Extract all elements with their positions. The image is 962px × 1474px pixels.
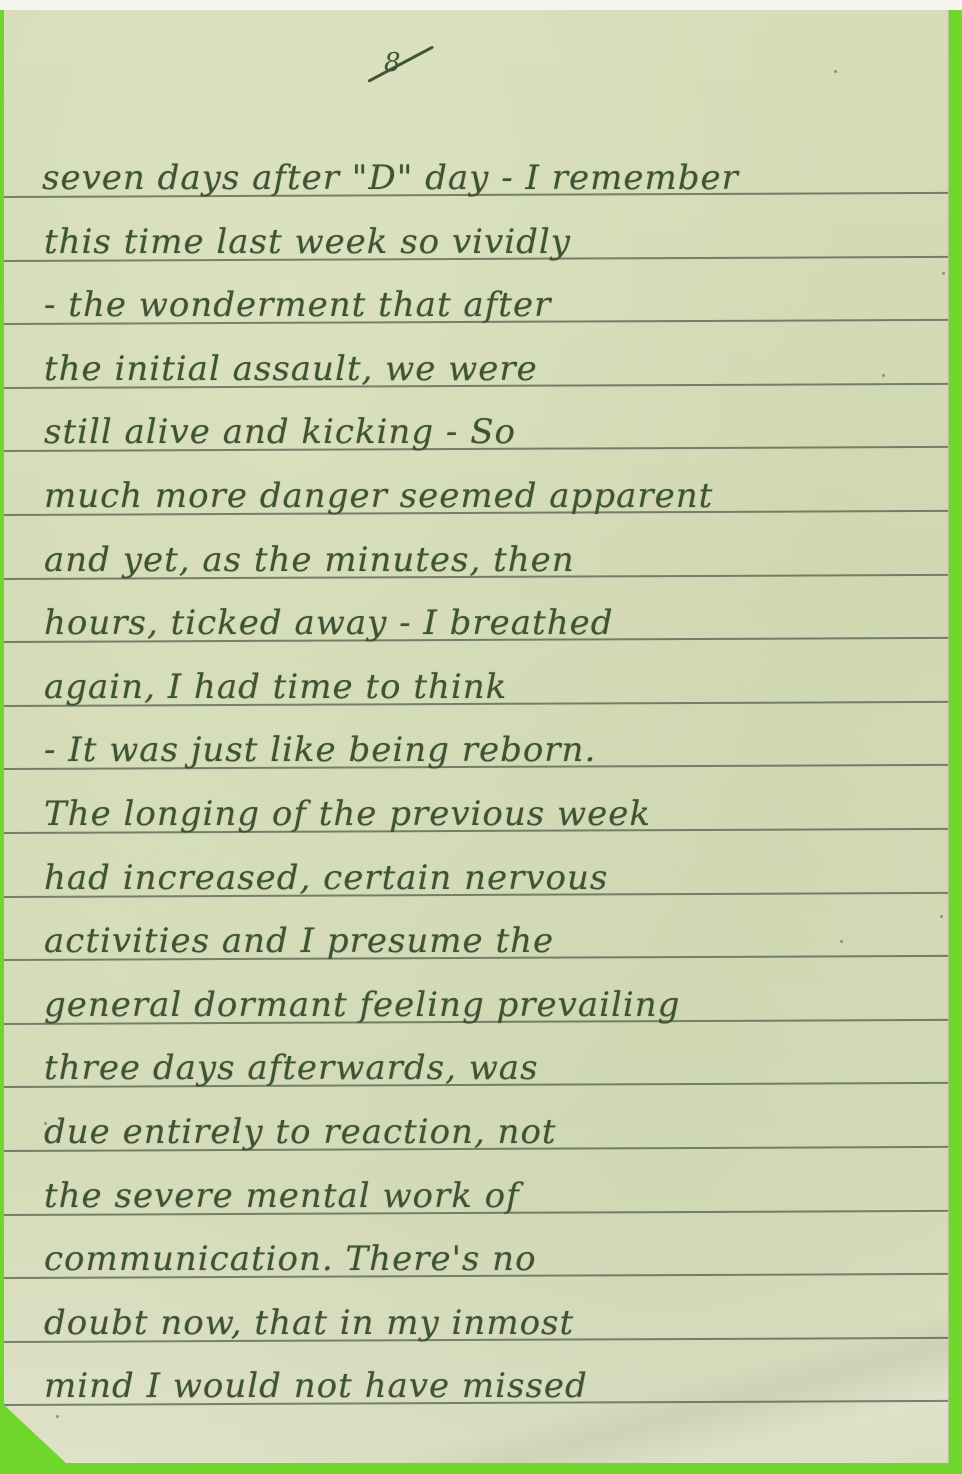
- paper-speck: [882, 374, 885, 377]
- handwritten-line: had increased, certain nervous: [44, 858, 944, 898]
- handwritten-line: hours, ticked away - I breathed: [44, 603, 944, 643]
- handwritten-line: - the wonderment that after: [44, 285, 944, 325]
- letter-page: 8 seven days after "D" day - I remembert…: [4, 10, 949, 1463]
- scan-top-margin: [0, 0, 962, 10]
- handwritten-line: communication. There's no: [44, 1239, 944, 1279]
- ruled-line: [4, 1464, 948, 1470]
- handwritten-line: doubt now, that in my inmost: [44, 1303, 944, 1343]
- handwritten-line: and yet, as the minutes, then: [44, 540, 944, 580]
- paper-speck: [234, 1126, 237, 1129]
- paper-speck: [56, 1415, 59, 1418]
- paper-speck: [840, 940, 843, 943]
- paper-speck: [940, 915, 943, 918]
- handwritten-line: much more danger seemed apparent: [44, 476, 944, 516]
- handwritten-line: seven days after "D" day - I remember: [42, 158, 942, 198]
- handwritten-line: three days afterwards, was: [44, 1048, 944, 1088]
- paper-speck: [834, 70, 837, 73]
- handwritten-line: the severe mental work of: [44, 1176, 944, 1216]
- handwritten-line: - It was just like being reborn.: [44, 730, 944, 770]
- handwritten-line: general dormant feeling prevailing: [44, 985, 944, 1025]
- handwritten-line: still alive and kicking - So: [44, 412, 944, 452]
- handwritten-line: mind I would not have missed: [44, 1366, 944, 1406]
- handwritten-line: this time last week so vividly: [44, 222, 944, 262]
- handwritten-line: again, I had time to think: [44, 667, 944, 707]
- paper-speck: [942, 272, 945, 275]
- page-number-underline: [367, 45, 434, 82]
- handwritten-line: activities and I presume the: [44, 921, 944, 961]
- paper-speck: [179, 1204, 182, 1207]
- handwritten-line: The longing of the previous week: [44, 794, 944, 834]
- handwritten-line: the initial assault, we were: [44, 349, 944, 389]
- paper-speck: [44, 1122, 47, 1125]
- handwritten-line: due entirely to reaction, not: [44, 1112, 944, 1152]
